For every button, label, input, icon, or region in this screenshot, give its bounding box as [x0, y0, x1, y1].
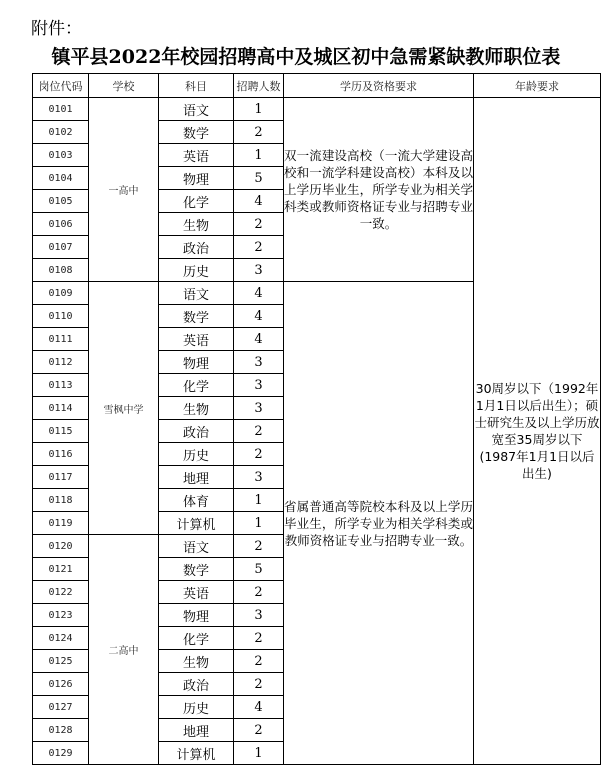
- position-code: 0127: [33, 696, 89, 719]
- hire-count: 1: [234, 98, 284, 121]
- requirement-text: 双一流建设高校（一流大学建设高校和一流学科建设高校）本科及以上学历毕业生，所学专…: [284, 147, 473, 232]
- age-requirement: 30周岁以下（1992年1月1日以后出生）；硕士研究生及以上学历放宽至35周岁以…: [474, 98, 601, 765]
- hire-count: 2: [234, 213, 284, 236]
- hire-count: 3: [234, 259, 284, 282]
- position-code: 0111: [33, 328, 89, 351]
- hire-count: 3: [234, 397, 284, 420]
- position-code: 0110: [33, 305, 89, 328]
- hire-count: 1: [234, 489, 284, 512]
- qualification-requirement: 省属普通高等院校本科及以上学历毕业生，所学专业为相关学科类或教师资格证专业与招聘…: [284, 282, 474, 765]
- subject: 数学: [159, 558, 234, 581]
- position-code: 0128: [33, 719, 89, 742]
- hire-count: 2: [234, 627, 284, 650]
- subject: 物理: [159, 167, 234, 190]
- hire-count: 4: [234, 305, 284, 328]
- subject: 计算机: [159, 742, 234, 765]
- hire-count: 2: [234, 443, 284, 466]
- subject: 政治: [159, 420, 234, 443]
- subject: 语文: [159, 98, 234, 121]
- hire-count: 4: [234, 190, 284, 213]
- subject: 化学: [159, 374, 234, 397]
- subject: 历史: [159, 259, 234, 282]
- hire-count: 3: [234, 351, 284, 374]
- school-name: 二高中: [89, 535, 159, 765]
- position-code: 0107: [33, 236, 89, 259]
- hire-count: 2: [234, 420, 284, 443]
- hire-count: 2: [234, 535, 284, 558]
- position-code: 0129: [33, 742, 89, 765]
- subject: 物理: [159, 351, 234, 374]
- subject: 数学: [159, 305, 234, 328]
- subject: 物理: [159, 604, 234, 627]
- position-code: 0101: [33, 98, 89, 121]
- position-code: 0125: [33, 650, 89, 673]
- header-row: 岗位代码 学校 科目 招聘人数 学历及资格要求 年龄要求: [33, 74, 601, 98]
- position-code: 0122: [33, 581, 89, 604]
- subject: 体育: [159, 489, 234, 512]
- position-code: 0121: [33, 558, 89, 581]
- position-code: 0118: [33, 489, 89, 512]
- school-name: 雪枫中学: [89, 282, 159, 535]
- position-code: 0114: [33, 397, 89, 420]
- subject: 语文: [159, 535, 234, 558]
- hire-count: 2: [234, 121, 284, 144]
- school-name: 一高中: [89, 98, 159, 282]
- subject: 英语: [159, 144, 234, 167]
- hire-count: 4: [234, 282, 284, 305]
- position-code: 0103: [33, 144, 89, 167]
- requirement-text: 省属普通高等院校本科及以上学历毕业生，所学专业为相关学科类或教师资格证专业与招聘…: [284, 498, 473, 549]
- position-code: 0113: [33, 374, 89, 397]
- header-age: 年龄要求: [474, 74, 601, 98]
- subject: 计算机: [159, 512, 234, 535]
- subject: 数学: [159, 121, 234, 144]
- hire-count: 5: [234, 558, 284, 581]
- position-code: 0117: [33, 466, 89, 489]
- subject: 语文: [159, 282, 234, 305]
- hire-count: 2: [234, 719, 284, 742]
- subject: 历史: [159, 696, 234, 719]
- header-subject: 科目: [159, 74, 234, 98]
- subject: 历史: [159, 443, 234, 466]
- subject: 生物: [159, 650, 234, 673]
- positions-table: 岗位代码 学校 科目 招聘人数 学历及资格要求 年龄要求 0101一高中语文1双…: [32, 73, 601, 765]
- subject: 化学: [159, 627, 234, 650]
- subject: 政治: [159, 673, 234, 696]
- position-code: 0115: [33, 420, 89, 443]
- hire-count: 2: [234, 650, 284, 673]
- subject: 英语: [159, 328, 234, 351]
- position-code: 0105: [33, 190, 89, 213]
- subject: 化学: [159, 190, 234, 213]
- position-code: 0124: [33, 627, 89, 650]
- hire-count: 1: [234, 512, 284, 535]
- position-code: 0126: [33, 673, 89, 696]
- position-code: 0109: [33, 282, 89, 305]
- position-code: 0123: [33, 604, 89, 627]
- hire-count: 4: [234, 696, 284, 719]
- header-requirements: 学历及资格要求: [284, 74, 474, 98]
- hire-count: 1: [234, 144, 284, 167]
- document-title: 镇平县2022年校园招聘高中及城区初中急需紧缺教师职位表: [0, 42, 612, 69]
- header-school: 学校: [89, 74, 159, 98]
- hire-count: 3: [234, 604, 284, 627]
- hire-count: 4: [234, 328, 284, 351]
- hire-count: 1: [234, 742, 284, 765]
- position-code: 0102: [33, 121, 89, 144]
- attachment-label: 附件：: [31, 14, 82, 39]
- table-body: 0101一高中语文1双一流建设高校（一流大学建设高校和一流学科建设高校）本科及以…: [33, 98, 601, 765]
- table-row: 0101一高中语文1双一流建设高校（一流大学建设高校和一流学科建设高校）本科及以…: [33, 98, 601, 121]
- position-code: 0116: [33, 443, 89, 466]
- position-code: 0108: [33, 259, 89, 282]
- header-code: 岗位代码: [33, 74, 89, 98]
- position-code: 0104: [33, 167, 89, 190]
- subject: 生物: [159, 213, 234, 236]
- hire-count: 2: [234, 581, 284, 604]
- position-code: 0106: [33, 213, 89, 236]
- qualification-requirement: 双一流建设高校（一流大学建设高校和一流学科建设高校）本科及以上学历毕业生，所学专…: [284, 98, 474, 282]
- hire-count: 3: [234, 374, 284, 397]
- position-code: 0119: [33, 512, 89, 535]
- hire-count: 2: [234, 236, 284, 259]
- subject: 政治: [159, 236, 234, 259]
- position-code: 0120: [33, 535, 89, 558]
- hire-count: 5: [234, 167, 284, 190]
- subject: 地理: [159, 719, 234, 742]
- hire-count: 2: [234, 673, 284, 696]
- position-code: 0112: [33, 351, 89, 374]
- subject: 英语: [159, 581, 234, 604]
- subject: 生物: [159, 397, 234, 420]
- subject: 地理: [159, 466, 234, 489]
- hire-count: 3: [234, 466, 284, 489]
- header-count: 招聘人数: [234, 74, 284, 98]
